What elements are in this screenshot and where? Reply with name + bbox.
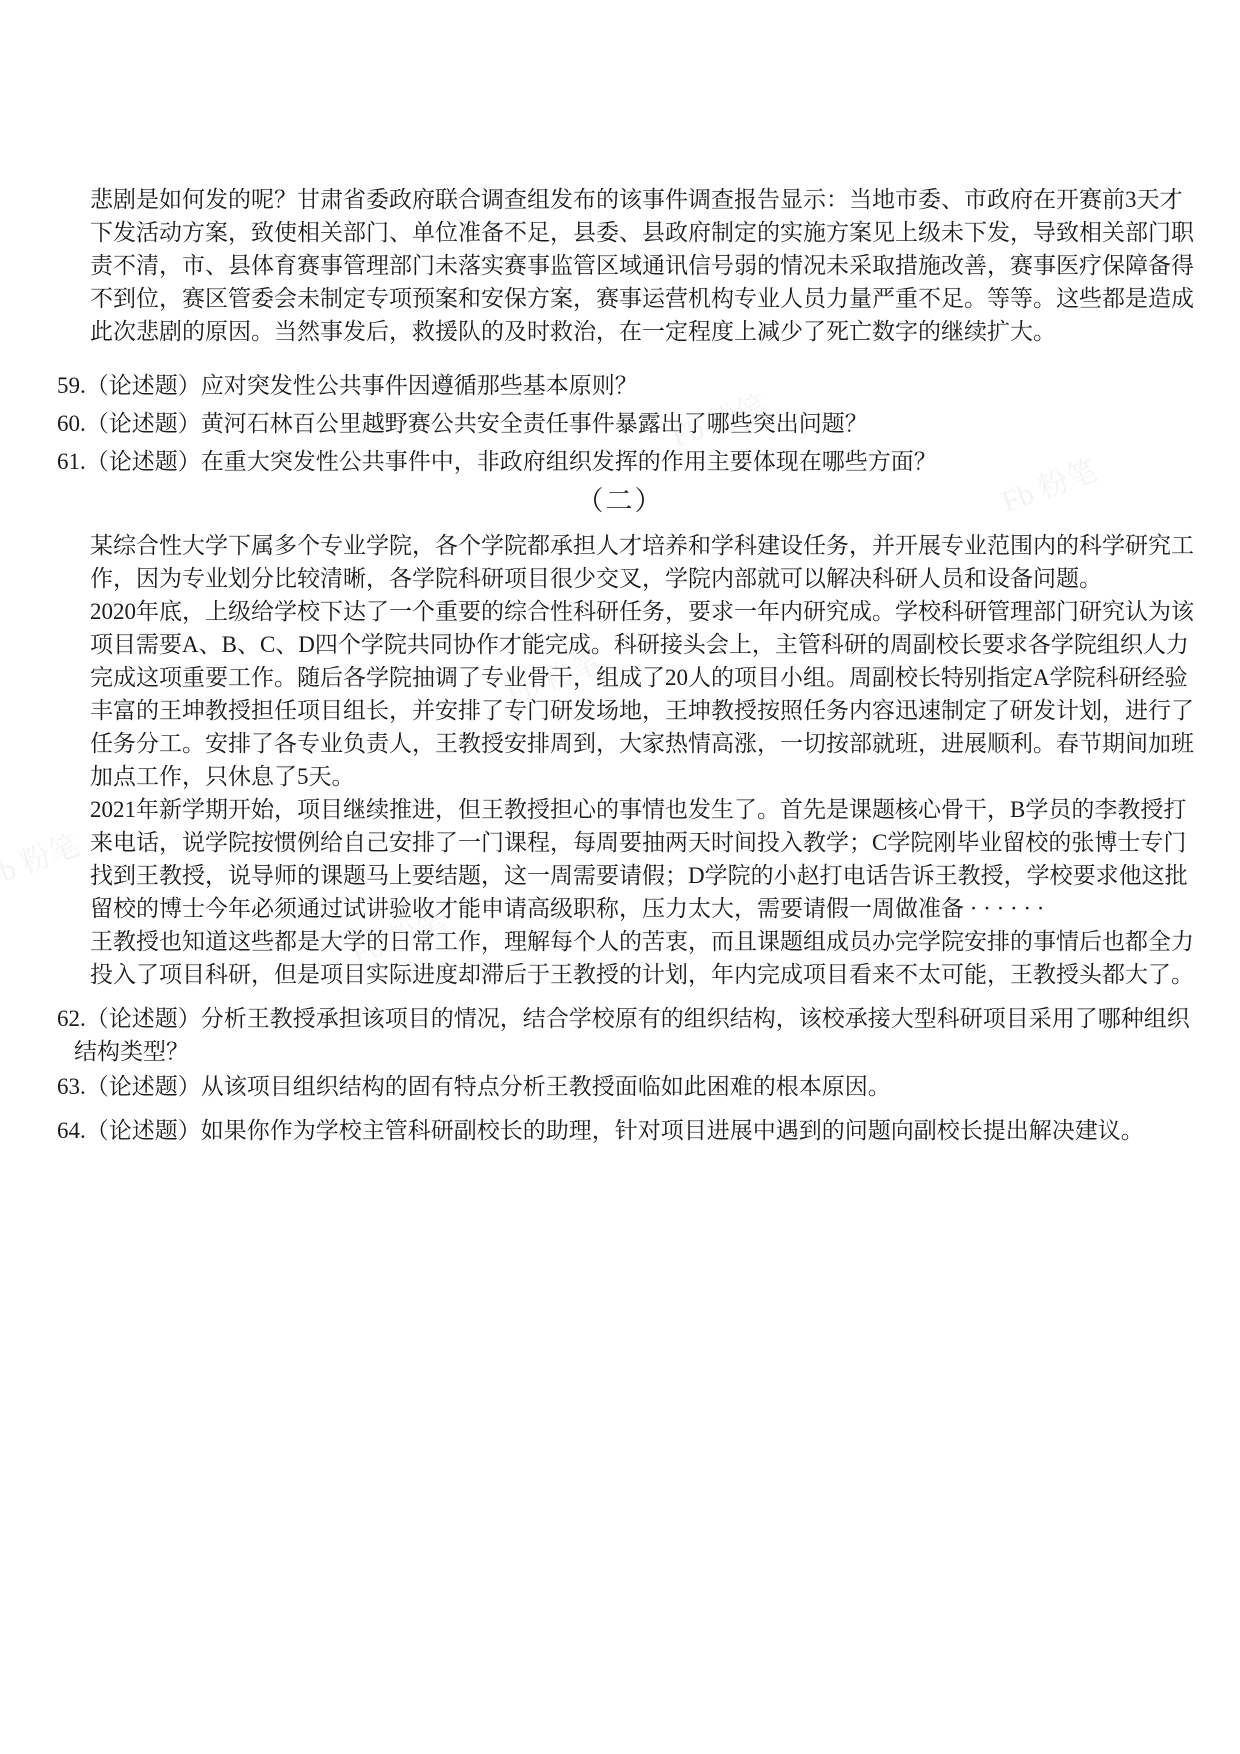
question-63: 63.（论述题）从该项目组织结构的固有特点分析王教授面临如此困难的根本原因。 (0, 1070, 1240, 1103)
question-61: 61.（论述题）在重大突发性公共事件中，非政府组织发挥的作用主要体现在哪些方面？ (0, 445, 1240, 478)
text-line: 作，因为专业划分比较清晰，各学院科研项目很少交叉，学院内部就可以解决科研人员和设… (90, 562, 1240, 595)
text-line: 63.（论述题）从该项目组织结构的固有特点分析王教授面临如此困难的根本原因。 (57, 1070, 1240, 1103)
section-heading: （二） (0, 481, 1240, 521)
question-59: 59.（论述题）应对突发性公共事件因遵循那些基本原则？ (0, 369, 1240, 402)
text-line: 61.（论述题）在重大突发性公共事件中，非政府组织发挥的作用主要体现在哪些方面？ (57, 445, 1240, 478)
text-line: 完成这项重要工作。随后各学院抽调了专业骨干，组成了20人的项目小组。周副校长特别… (90, 661, 1240, 694)
text-line: 投入了项目科研，但是项目实际进度却滞后于王教授的计划，年内完成项目看来不太可能，… (90, 958, 1240, 991)
text-line: 下发活动方案，致使相关部门、单位准备不足，县委、县政府制定的实施方案见上级未下发… (90, 216, 1240, 249)
case-paragraph-1: 某综合性大学下属多个专业学院，各个学院都承担人才培养和学科建设任务，并开展专业范… (0, 529, 1240, 595)
text-line: 王教授也知道这些都是大学的日常工作，理解每个人的苦衷，而且课题组成员办完学院安排… (90, 925, 1240, 958)
text-line: 59.（论述题）应对突发性公共事件因遵循那些基本原则？ (57, 369, 1240, 402)
text-line: 来电话，说学院按惯例给自己安排了一门课程，每周要抽两天时间投入教学；C学院刚毕业… (90, 826, 1240, 859)
text-line: 2020年底，上级给学校下达了一个重要的综合性科研任务，要求一年内研究成。学校科… (90, 595, 1240, 628)
question-62: 62.（论述题）分析王教授承担该项目的情况，结合学校原有的组织结构，该校承接大型… (0, 1002, 1240, 1068)
case-paragraph-3: 2021年新学期开始，项目继续推进，但王教授担心的事情也发生了。首先是课题核心骨… (0, 793, 1240, 925)
case-paragraph-2: 2020年底，上级给学校下达了一个重要的综合性科研任务，要求一年内研究成。学校科… (0, 595, 1240, 793)
text-line: 64.（论述题）如果你作为学校主管科研副校长的助理，针对项目进展中遇到的问题向副… (57, 1114, 1240, 1147)
text-line: 60.（论述题）黄河石林百公里越野赛公共安全责任事件暴露出了哪些突出问题？ (57, 407, 1240, 440)
text-line: 2021年新学期开始，项目继续推进，但王教授担心的事情也发生了。首先是课题核心骨… (90, 793, 1240, 826)
text-line: 项目需要A、B、C、D四个学院共同协作才能完成。科研接头会上，主管科研的周副校长… (90, 628, 1240, 661)
case-study: 某综合性大学下属多个专业学院，各个学院都承担人才培养和学科建设任务，并开展专业范… (0, 529, 1240, 991)
text-line: 不到位，赛区管委会未制定专项预案和安保方案，赛事运营机构专业人员力量严重不足。等… (90, 282, 1240, 315)
question-60: 60.（论述题）黄河石林百公里越野赛公共安全责任事件暴露出了哪些突出问题？ (0, 407, 1240, 440)
text-line: 留校的博士今年必须通过试讲验收才能申请高级职称，压力太大，需要请假一周做准备 ·… (90, 892, 1240, 925)
text-line: 找到王教授，说导师的课题马上要结题，这一周需要请假；D学院的小赵打电话告诉王教授… (90, 859, 1240, 892)
case-paragraph-4: 王教授也知道这些都是大学的日常工作，理解每个人的苦衷，而且课题组成员办完学院安排… (0, 925, 1240, 991)
text-line: 某综合性大学下属多个专业学院，各个学院都承担人才培养和学科建设任务，并开展专业范… (90, 529, 1240, 562)
text-line: 丰富的王坤教授担任项目组长，并安排了专门研发场地，王坤教授按照任务内容迅速制定了… (90, 694, 1240, 727)
text-line: 结构类型？ (74, 1035, 1240, 1068)
document-content: 悲剧是如何发的呢？甘肃省委政府联合调查组发布的该事件调查报告显示：当地市委、市政… (0, 183, 1240, 1147)
text-line: 62.（论述题）分析王教授承担该项目的情况，结合学校原有的组织结构，该校承接大型… (57, 1002, 1240, 1035)
text-line: 加点工作，只休息了5天。 (90, 760, 1240, 793)
document-page: Fb 粉笔 Fb 粉笔 Fb 粉笔 Fb 粉笔 Fb 粉笔 悲剧是如何发的呢？甘… (0, 0, 1240, 1754)
text-line: 任务分工。安排了各专业负责人，王教授安排周到，大家热情高涨，一切按部就班，进展顺… (90, 727, 1240, 760)
text-line: 责不清，市、县体育赛事管理部门未落实赛事监管区域通讯信号弱的情况未采取措施改善，… (90, 249, 1240, 282)
text-line: 悲剧是如何发的呢？甘肃省委政府联合调查组发布的该事件调查报告显示：当地市委、市政… (90, 183, 1240, 216)
question-64: 64.（论述题）如果你作为学校主管科研副校长的助理，针对项目进展中遇到的问题向副… (0, 1114, 1240, 1147)
intro-paragraph: 悲剧是如何发的呢？甘肃省委政府联合调查组发布的该事件调查报告显示：当地市委、市政… (0, 183, 1240, 348)
text-line: 此次悲剧的原因。当然事发后，救援队的及时救治，在一定程度上减少了死亡数字的继续扩… (90, 315, 1240, 348)
